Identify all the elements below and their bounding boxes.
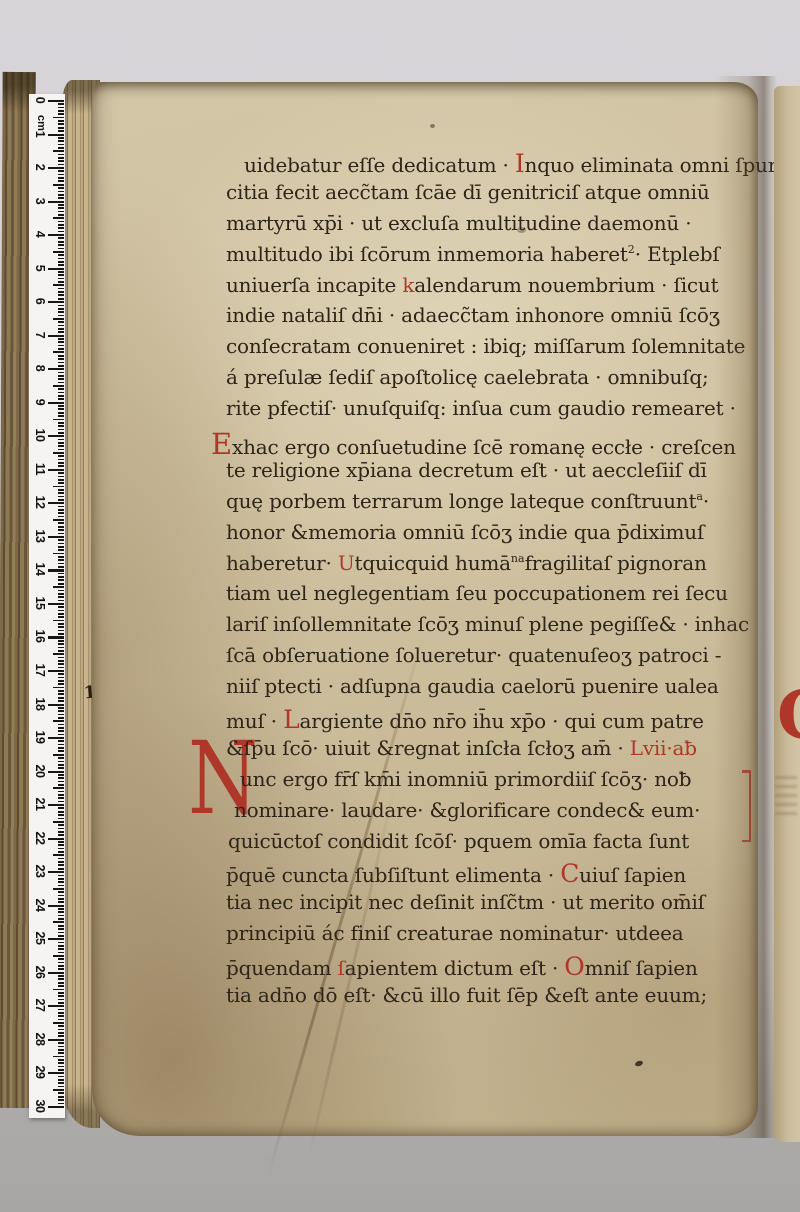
- ruler-tick: [58, 777, 65, 779]
- text-line: principiū ác finiſ creaturae nominatur· …: [226, 921, 760, 952]
- ruler-number: 18: [32, 696, 48, 712]
- ruler-tick: [58, 610, 65, 612]
- ruler-tick: [58, 278, 65, 280]
- ruler-tick: [58, 767, 65, 769]
- ruler-tick: [58, 308, 65, 310]
- ruler-tick: [58, 325, 65, 327]
- ruler-tick: [58, 465, 65, 467]
- ruler-tick: [58, 807, 65, 809]
- ruler-tick: [58, 258, 65, 260]
- ruler-tick: [48, 100, 64, 102]
- text-line: martyrū xp̄i · ut excluſa multitudine da…: [226, 211, 760, 242]
- ruler-tick: [58, 848, 65, 850]
- ruler-tick: [58, 539, 65, 541]
- ruler-tick: [58, 791, 65, 793]
- ruler-tick: [58, 673, 65, 675]
- ruler-tick: [58, 750, 65, 752]
- ruler-tick: [58, 378, 65, 380]
- ruler-tick: [58, 1019, 65, 1021]
- text-segment: uidebatur eſſe dedicatum ·: [244, 153, 515, 177]
- ruler-tick: [58, 683, 65, 685]
- ruler-number: 26: [32, 964, 48, 980]
- ruler-tick: [58, 613, 65, 615]
- ruler-number: 30: [32, 1098, 48, 1114]
- ruler-tick: [58, 744, 65, 746]
- ruler-tick: [58, 425, 65, 427]
- ruler-unit-label: cm: [33, 115, 49, 131]
- ruler-number: 5: [32, 260, 48, 276]
- text-segment: haberetur·: [226, 551, 338, 575]
- ruler-number: 15: [32, 595, 48, 611]
- ruler-tick: [58, 834, 65, 836]
- ruler-number: 6: [32, 293, 48, 309]
- ruler-tick: [58, 180, 65, 182]
- text-segment: apientem dictum eſt ·: [345, 956, 565, 980]
- text-line: p̄quendam ſapientem dictum eſt · Omniſ ſ…: [226, 952, 760, 983]
- ruler-tick: [58, 237, 65, 239]
- ruler-number: 25: [32, 930, 48, 946]
- ruler-tick: [58, 875, 65, 877]
- text-segment: rite pfectiſ· unuſquiſq: inſua cum gaudi…: [226, 396, 736, 420]
- ruler-tick: [48, 201, 64, 203]
- ruler-tick: [58, 358, 65, 360]
- ruler-tick: [58, 576, 65, 578]
- ruler-tick: [58, 844, 65, 846]
- text-segment: principiū ác finiſ creaturae nominatur· …: [226, 921, 684, 945]
- ruler-tick: [58, 999, 65, 1001]
- text-line: indie nataliſ dn̄i · adaecc̃tam inhonore…: [226, 303, 760, 334]
- ruler-tick: [58, 512, 65, 514]
- ruler-number: 7: [32, 327, 48, 343]
- text-segment: xhac ergo conſuetudine ſcē romanę eccłe …: [232, 435, 736, 459]
- ruler-tick: [58, 274, 65, 276]
- ruler-tick: [58, 174, 65, 176]
- text-segment: L: [283, 705, 299, 734]
- ruler-tick: [58, 841, 65, 843]
- ruler-tick: [58, 224, 65, 226]
- ruler-tick: [48, 167, 64, 169]
- ruler-tick: [58, 442, 65, 444]
- ruler-tick: [58, 968, 65, 970]
- ruler-tick: [58, 288, 65, 290]
- ruler-tick: [58, 932, 65, 934]
- ruler-tick: [58, 492, 65, 494]
- text-segment: C: [560, 859, 579, 888]
- ruler-tick: [58, 476, 65, 478]
- ruler-tick: [58, 103, 65, 105]
- ruler-number: 16: [32, 628, 48, 644]
- ruler-tick: [58, 1082, 65, 1084]
- text-segment: uiuſ ſapien: [579, 863, 686, 887]
- text-line: rite pfectiſ· unuſquiſq: inſua cum gaudi…: [226, 396, 760, 427]
- ruler-tick: [58, 982, 65, 984]
- text-segment: ·: [703, 489, 709, 513]
- ruler-number: 8: [32, 360, 48, 376]
- text-segment: ſ: [337, 956, 344, 980]
- text-segment: honor &memoria omniū ſcōʒ indie qua p̄di…: [226, 520, 704, 544]
- ruler-tick: [58, 925, 65, 927]
- ruler-tick: [58, 774, 65, 776]
- text-segment: te religione xp̄iana decretum eſt · ut a…: [226, 458, 707, 482]
- ruler-tick: [58, 600, 65, 602]
- text-segment: nominare· laudare· &glorificare condec& …: [234, 798, 700, 822]
- ruler-tick: [48, 838, 64, 840]
- ruler-tick: [58, 221, 65, 223]
- ruler-tick: [58, 1029, 65, 1031]
- ruler-tick: [53, 251, 64, 253]
- ruler-tick: [58, 764, 65, 766]
- ruler-tick: [58, 583, 65, 585]
- text-segment: lariſ inſollemnitate ſcōʒ minuſ plene pe…: [226, 612, 749, 636]
- ruler-tick: [58, 784, 65, 786]
- ruler-number: 14: [32, 561, 48, 577]
- ruler-tick: [58, 1012, 65, 1014]
- ruler-tick: [58, 395, 65, 397]
- ruler-tick: [53, 888, 64, 890]
- ruler-tick: [58, 241, 65, 243]
- ruler-tick: [58, 1062, 65, 1064]
- text-segment: k: [402, 273, 414, 297]
- ruler-tick: [58, 388, 65, 390]
- ruler-number: 27: [32, 997, 48, 1013]
- text-segment: I: [515, 149, 525, 178]
- text-line: citia fecit aecc̃tam ſcāe dī genitriciſ …: [226, 180, 760, 211]
- ruler-tick: [58, 348, 65, 350]
- ruler-tick: [58, 254, 65, 256]
- ruler-tick: [58, 1059, 65, 1061]
- ruler-tick: [58, 177, 65, 179]
- ruler-tick: [58, 549, 65, 551]
- text-line: &ſp̄u ſcō· uiuit &regnat inſcła ſcłoʒ am…: [226, 736, 760, 767]
- ruler-tick: [58, 707, 65, 709]
- ruler-tick: [58, 992, 65, 994]
- ruler-tick: [48, 335, 64, 337]
- ruler-tick: [58, 677, 65, 679]
- ruler-tick: [58, 120, 65, 122]
- text-segment: tia adn̄o dō eſt· &cū illo fuit ſēp &eſt…: [226, 983, 707, 1007]
- ruler-number: 23: [32, 863, 48, 879]
- ruler-tick: [53, 184, 64, 186]
- ruler-tick: [58, 566, 65, 568]
- ruler-number: 3: [32, 193, 48, 209]
- ruler-tick: [53, 419, 64, 421]
- ruler-tick: [58, 412, 65, 414]
- ruler-tick: [58, 211, 65, 213]
- ruler-tick: [58, 113, 65, 115]
- ruler-tick: [58, 885, 65, 887]
- text-segment: Lvii·aƀ: [630, 736, 697, 760]
- ruler-tick: [58, 1069, 65, 1071]
- ruler-tick: [58, 761, 65, 763]
- ruler-number: 2: [32, 159, 48, 175]
- text-segment: · Etplebſ: [635, 242, 720, 266]
- ruler-tick: [53, 1089, 64, 1091]
- ruler-tick: [48, 435, 64, 437]
- ruler-tick: [58, 170, 65, 172]
- text-segment: tia nec incipit nec deſinit inſc̃tm · ut…: [226, 890, 705, 914]
- ruler-tick: [58, 948, 65, 950]
- text-line: quę porbem terrarum longe lateque conſtr…: [226, 489, 760, 520]
- ruler-tick: [58, 543, 65, 545]
- facing-page-initial-c: C: [777, 682, 800, 748]
- ruler-tick: [53, 821, 64, 823]
- ruler-tick: [48, 1106, 64, 1108]
- ruler-tick: [53, 989, 64, 991]
- ruler-tick: [58, 522, 65, 524]
- text-line: multitudo ibi ſcōrum inmemoria haberet2·…: [226, 242, 760, 273]
- text-segment: unc ergo fr̄ſ km̄i inomniū primordiiſ ſc…: [240, 767, 691, 791]
- ruler-tick: [58, 261, 65, 263]
- ruler-tick: [58, 1009, 65, 1011]
- text-segment: niiſ ptecti · adſupna gaudia caelorū pue…: [226, 674, 719, 698]
- ruler-tick: [48, 636, 64, 638]
- ruler-tick: [58, 881, 65, 883]
- ruler-tick: [48, 670, 64, 672]
- ruler-tick: [58, 154, 65, 156]
- ruler-tick: [58, 1066, 65, 1068]
- ruler-tick: [58, 382, 65, 384]
- text-line: muſ · Largiente dn̄o nr̄o ih̄u xp̄o · qu…: [226, 705, 760, 736]
- ruler-tick: [58, 533, 65, 535]
- text-segment: p̄quendam: [226, 956, 337, 980]
- ruler-number: 20: [32, 763, 48, 779]
- ruler-tick: [58, 472, 65, 474]
- ruler-tick: [58, 509, 65, 511]
- ruler-tick: [58, 207, 65, 209]
- ruler-tick: [58, 164, 65, 166]
- facing-page-ghost-text: [775, 776, 797, 818]
- ruler-tick: [58, 160, 65, 162]
- ruler-tick: [58, 593, 65, 595]
- ruler-tick: [58, 868, 65, 870]
- ruler-tick: [53, 1022, 64, 1024]
- ruler-tick: [58, 962, 65, 964]
- text-segment: U: [338, 551, 355, 575]
- ruler-tick: [53, 720, 64, 722]
- text-line: honor &memoria omniū ſcōʒ indie qua p̄di…: [226, 520, 760, 551]
- text-segment: E: [211, 427, 232, 461]
- ruler-tick: [58, 1099, 65, 1101]
- ruler-tick: [48, 1005, 64, 1007]
- ruler-tick: [58, 717, 65, 719]
- ruler-tick: [58, 556, 65, 558]
- text-line: uidebatur eſſe dedicatum · Inquo elimina…: [244, 149, 760, 180]
- ruler-tick: [48, 502, 64, 504]
- ruler-number: 21: [32, 796, 48, 812]
- ruler-tick: [53, 787, 64, 789]
- ruler-tick: [58, 1025, 65, 1027]
- ruler-tick: [58, 516, 65, 518]
- text-segment: martyrū xp̄i · ut excluſa multitudine da…: [226, 211, 691, 235]
- ruler-tick: [58, 895, 65, 897]
- ruler-tick: [58, 281, 65, 283]
- text-line: unc ergo fr̄ſ km̄i inomniū primordiiſ ſc…: [240, 767, 760, 798]
- ruler-tick: [58, 298, 65, 300]
- ruler-tick: [58, 123, 65, 125]
- ruler-tick: [53, 921, 64, 923]
- ruler-tick: [48, 603, 64, 605]
- text-segment: indie nataliſ dn̄i · adaecc̃tam inhonore…: [226, 303, 720, 327]
- ruler-tick: [58, 127, 65, 129]
- ruler-number: 29: [32, 1064, 48, 1080]
- facing-page-sliver: C: [774, 86, 800, 1142]
- ruler-tick: [58, 1092, 65, 1094]
- ruler-tick: [58, 194, 65, 196]
- ruler-number: 9: [32, 394, 48, 410]
- ruler-tick: [58, 147, 65, 149]
- ruler-tick: [58, 345, 65, 347]
- ruler-tick: [48, 737, 64, 739]
- ruler-tick: [58, 1096, 65, 1098]
- text-line: quicūctoſ condidit ſcōſ· pquem omīa fact…: [228, 829, 760, 860]
- ruler-tick: [58, 546, 65, 548]
- ruler-tick: [53, 754, 64, 756]
- ruler-tick: [58, 338, 65, 340]
- ruler-tick: [58, 647, 65, 649]
- ruler-tick: [58, 918, 65, 920]
- ruler-tick: [48, 1039, 64, 1041]
- ruler-scale: 0123456789101112131415161718192021222324…: [29, 94, 65, 1118]
- ruler-tick: [58, 710, 65, 712]
- ruler-tick: [58, 630, 65, 632]
- ruler-tick: [58, 640, 65, 642]
- ruler-tick: [58, 432, 65, 434]
- ruler-tick: [58, 137, 65, 139]
- ruler-tick: [58, 140, 65, 142]
- ruler-tick: [53, 519, 64, 521]
- ruler-tick: [48, 234, 64, 236]
- ruler-tick: [58, 958, 65, 960]
- ruler-tick: [58, 449, 65, 451]
- ruler-tick: [53, 351, 64, 353]
- ruler-tick: [58, 372, 65, 374]
- ruler-tick: [58, 429, 65, 431]
- ruler-number: 22: [32, 830, 48, 846]
- text-segment: tiam uel neglegentiam ſeu poccupationem …: [226, 581, 728, 605]
- ruler-tick: [58, 271, 65, 273]
- ruler-tick: [58, 392, 65, 394]
- ruler-tick: [58, 693, 65, 695]
- ruler-tick: [53, 553, 64, 555]
- ruler-tick: [58, 1086, 65, 1088]
- ruler-tick: [48, 268, 64, 270]
- ruler-number: 17: [32, 662, 48, 678]
- ruler-tick: [58, 781, 65, 783]
- text-line: Exhac ergo conſuetudine ſcē romanę eccłe…: [226, 427, 760, 458]
- ruler-tick: [48, 771, 64, 773]
- ruler-tick: [58, 462, 65, 464]
- ruler-tick: [58, 1042, 65, 1044]
- text-segment: argiente dn̄o nr̄o ih̄u xp̄o · qui cum p…: [300, 709, 704, 733]
- text-segment: &ſp̄u ſcō· uiuit &regnat inſcła ſcłoʒ am…: [226, 736, 630, 760]
- text-segment: ſcā obſeruatione ſolueretur· quatenuſeoʒ…: [226, 643, 721, 667]
- ruler-tick: [58, 985, 65, 987]
- ruler-tick: [58, 1079, 65, 1081]
- ruler-tick: [58, 626, 65, 628]
- ruler-tick: [58, 479, 65, 481]
- ruler-tick: [53, 452, 64, 454]
- ruler-tick: [53, 854, 64, 856]
- ruler: 0123456789101112131415161718192021222324…: [29, 94, 65, 1118]
- ruler-tick: [53, 653, 64, 655]
- ruler-tick: [58, 861, 65, 863]
- ruler-tick: [58, 130, 65, 132]
- text-segment: quicūctoſ condidit ſcōſ· pquem omīa fact…: [228, 829, 689, 853]
- ruler-tick: [53, 687, 64, 689]
- ruler-tick: [58, 697, 65, 699]
- text-line: uniuerſa incapite kalendarum nouembrium …: [226, 273, 760, 304]
- ruler-tick: [58, 415, 65, 417]
- ruler-tick: [58, 144, 65, 146]
- text-line: niiſ ptecti · adſupna gaudia caelorū pue…: [226, 674, 760, 705]
- text-segment: muſ ·: [226, 709, 283, 733]
- ruler-tick: [58, 680, 65, 682]
- ruler-tick: [58, 1046, 65, 1048]
- ruler-tick: [58, 264, 65, 266]
- ruler-tick: [48, 972, 64, 974]
- text-segment: alendarum nouembrium · ſicut: [414, 273, 718, 297]
- text-segment: multitudo ibi ſcōrum inmemoria haberet: [226, 242, 628, 266]
- ruler-tick: [58, 305, 65, 307]
- manuscript-text-block: uidebatur eſſe dedicatum · Inquo elimina…: [226, 149, 760, 1014]
- ruler-tick: [58, 828, 65, 830]
- text-line: tiam uel neglegentiam ſeu poccupationem …: [226, 581, 760, 612]
- text-line: nominare· laudare· &glorificare condec& …: [234, 798, 760, 829]
- ruler-tick: [58, 482, 65, 484]
- ruler-tick: [58, 616, 65, 618]
- text-segment: citia fecit aecc̃tam ſcāe dī genitriciſ …: [226, 180, 710, 204]
- ruler-tick: [58, 244, 65, 246]
- ruler-tick: [58, 596, 65, 598]
- ruler-tick: [58, 978, 65, 980]
- ruler-tick: [48, 368, 64, 370]
- ruler-tick: [58, 231, 65, 233]
- text-segment: tquicquid humā: [355, 551, 511, 575]
- ruler-number: 19: [32, 729, 48, 745]
- ruler-tick: [58, 633, 65, 635]
- ruler-tick: [58, 579, 65, 581]
- ruler-tick: [58, 724, 65, 726]
- ruler-tick: [58, 908, 65, 910]
- text-segment: p̄quē cuncta ſubſiſtunt elimenta ·: [226, 863, 560, 887]
- ruler-tick: [58, 814, 65, 816]
- ruler-tick: [58, 858, 65, 860]
- ruler-tick: [58, 1049, 65, 1051]
- ruler-tick: [58, 331, 65, 333]
- ruler-tick: [58, 700, 65, 702]
- ruler-number: 10: [32, 427, 48, 443]
- text-segment: na: [511, 552, 525, 565]
- ruler-tick: [48, 402, 64, 404]
- ruler-tick: [58, 1076, 65, 1078]
- text-segment: á preſulæ ſediſ apoſtolicę caelebrata · …: [226, 365, 709, 389]
- ruler-tick: [48, 301, 64, 303]
- ruler-tick: [53, 217, 64, 219]
- ruler-tick: [58, 459, 65, 461]
- ruler-tick: [58, 935, 65, 937]
- ruler-tick: [53, 150, 64, 152]
- ruler-tick: [58, 321, 65, 323]
- ruler-tick: [58, 811, 65, 813]
- ruler-tick: [53, 620, 64, 622]
- text-line: tia nec incipit nec deſinit inſc̃tm · ut…: [226, 890, 760, 921]
- text-line: á preſulæ ſediſ apoſtolicę caelebrata · …: [226, 365, 760, 396]
- ruler-tick: [48, 1072, 64, 1074]
- text-line: te religione xp̄iana decretum eſt · ut a…: [226, 458, 760, 489]
- ruler-tick: [58, 945, 65, 947]
- ruler-tick: [58, 187, 65, 189]
- ruler-tick: [58, 727, 65, 729]
